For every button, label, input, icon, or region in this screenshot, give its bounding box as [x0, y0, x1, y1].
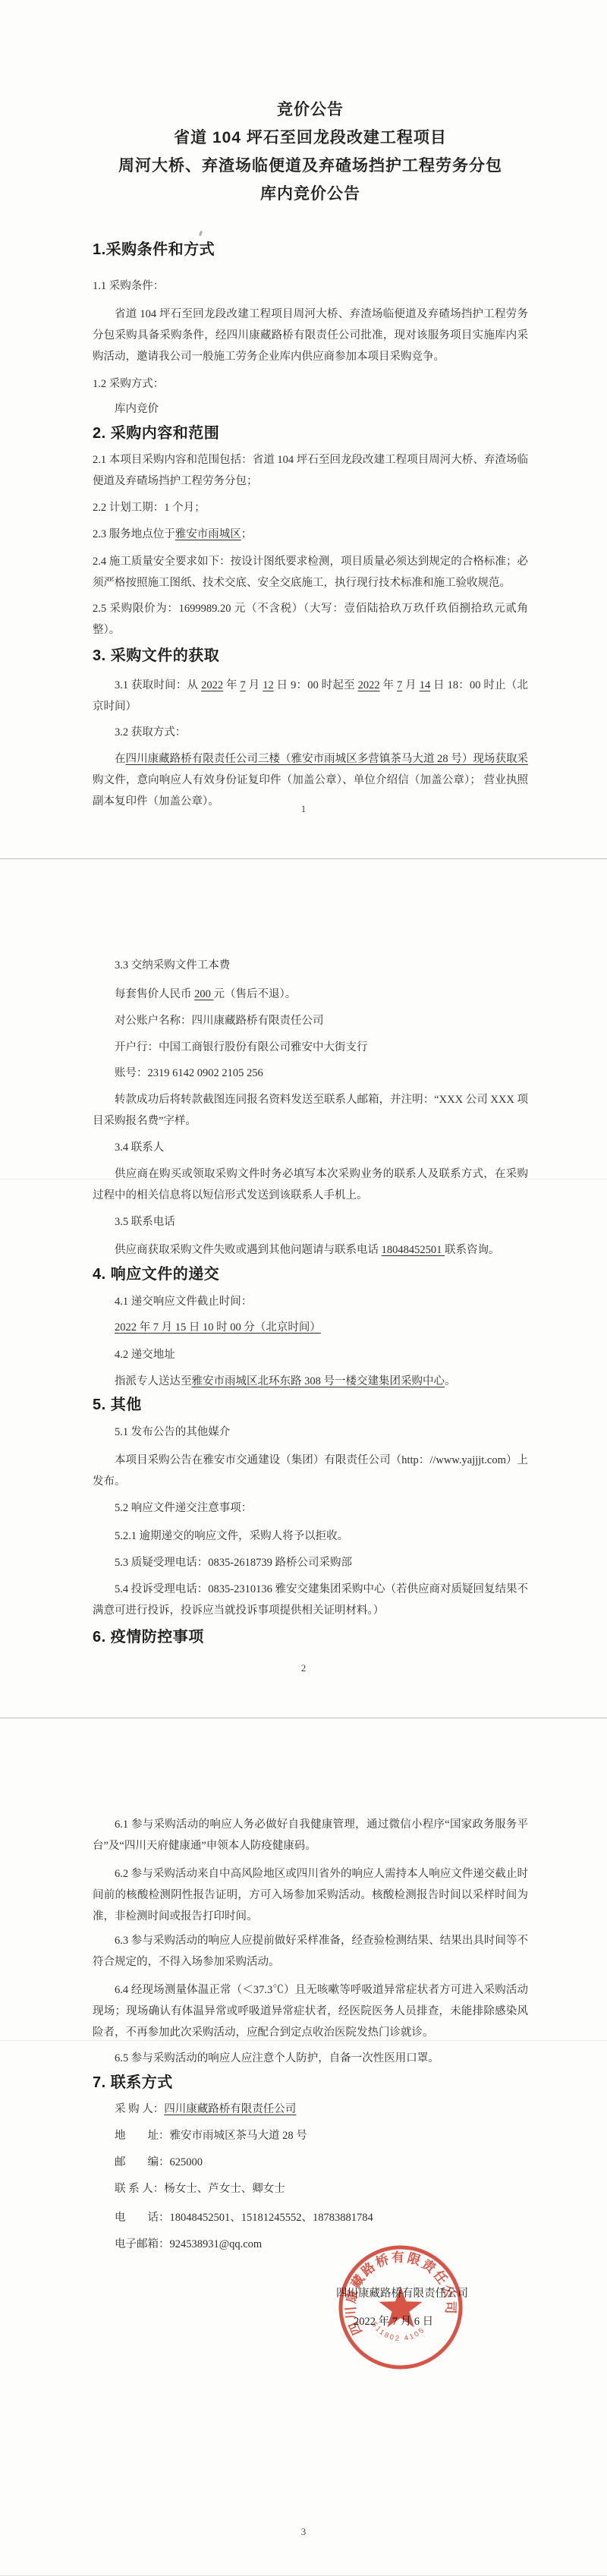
section-heading: 7. 联系方式	[93, 2071, 528, 2094]
doc-paragraph: 3.5 联系电话	[93, 1211, 528, 1233]
underlined-text-run: 雅安市雨城区北环东路 308 号一楼交建集团采购中心	[192, 1375, 445, 1387]
text-run: 3. 采购文件的获取	[93, 647, 219, 664]
scan-crease	[0, 2040, 607, 2041]
text-run: 省道 104 坪石至回龙段改建工程项目	[174, 129, 447, 146]
text-run: 指派专人送达至	[115, 1375, 192, 1387]
text-run: 电子邮箱：924538931@qq.com	[115, 2238, 262, 2250]
text-run: 2.5 采购限价为：1699989.20 元（不含税）（大写：壹佰陆拾玖万玖仟玖…	[93, 603, 528, 636]
doc-paragraph: 6.2 参与采购活动来自中高风险地区或四川省外的响应人需持本人响应文件递交截止时…	[93, 1863, 528, 1927]
text-run: 日 9：00 时起至	[274, 679, 358, 691]
text-run: 5.1 发布公告的其他媒介	[115, 1426, 230, 1438]
doc-paragraph: 5.2.1 逾期递交的响应文件，采购人将予以拒收。	[93, 1526, 528, 1547]
section-heading: 3. 采购文件的获取	[93, 644, 528, 667]
underlined-text-run: 200	[194, 988, 213, 1000]
text-run: 电 话：18048452501、15181245552、18783881784	[115, 2212, 373, 2224]
text-run: 元（售后不退）。	[214, 988, 297, 1000]
text-run: 4.1 递交响应文件截止时间：	[115, 1296, 252, 1308]
doc-paragraph: 6.3 参与采购活动的响应人应提前做好采样准备，经查验检测结果、结果出具时间等不…	[93, 1930, 528, 1973]
text-run: 每套售价人民币	[115, 988, 194, 1000]
text-run: 4.2 递交地址	[115, 1349, 175, 1361]
page-1-content: 竞价公告省道 104 坪石至回龙段改建工程项目周河大桥、弃渣场临便道及弃碴场挡护…	[0, 96, 607, 812]
doc-paragraph: 6.5 参与采购活动的响应人应注意个人防护，自备一次性医用口罩。	[93, 2048, 528, 2069]
page-number-1: 1	[0, 803, 607, 815]
text-run: 月	[246, 679, 263, 691]
doc-paragraph: 2.3 服务地点位于雅安市雨城区；	[93, 524, 528, 545]
text-run: 1.2 采购方式：	[93, 378, 164, 390]
doc-paragraph: 采 购 人：四川康藏路桥有限责任公司	[93, 2099, 528, 2120]
doc-paragraph: 指派专人送达至雅安市雨城区北环东路 308 号一楼交建集团采购中心。	[93, 1371, 528, 1392]
text-run: 6.5 参与采购活动的响应人应注意个人防护，自备一次性医用口罩。	[115, 2052, 439, 2064]
page-number-3: 3	[0, 2526, 607, 2538]
doc-paragraph: 转款成功后将转款截图连同报名资料发送至联系人邮箱，并注明：“XXX 公司 XXX…	[93, 1089, 528, 1132]
doc-paragraph: 省道 104 坪石至回龙段改建工程项目周河大桥、弃渣场临便道及弃碴场挡护工程劳务…	[93, 304, 528, 367]
text-run: 5.3 质疑受理电话：0835-2618739 路桥公司采购部	[115, 1557, 352, 1569]
doc-paragraph: 2.2 计划工期：1 个月；	[93, 497, 528, 518]
svg-text:511802 4105: 511802 4105	[370, 2321, 426, 2344]
text-run: 6.1 参与采购活动的响应人务必做好自我健康管理，通过微信小程序“国家政务服务平…	[93, 1819, 528, 1852]
underlined-text-run: 四川康藏路桥有限责任公司三楼（雅安市雨城区多营镇茶马大道 28 号）现场获取采	[126, 753, 528, 765]
text-run: 6.3 参与采购活动的响应人应提前做好采样准备，经查验检测结果、结果出具时间等不…	[93, 1935, 528, 1968]
scan-crease	[0, 1179, 607, 1179]
doc-paragraph: 2.5 采购限价为：1699989.20 元（不含税）（大写：壹佰陆拾玖万玖仟玖…	[93, 598, 528, 641]
text-run: 6.4 经现场测量体温正常（＜37.3℃）且无咳嗽等呼吸道异常症状者方可进入采购…	[93, 1984, 528, 2039]
doc-paragraph: 2022 年 7 月 15 日 10 时 00 分（北京时间）	[93, 1317, 528, 1338]
doc-paragraph: 5.2 响应文件递交注意事项：	[93, 1497, 528, 1519]
text-run: 2.4 施工质量安全要求如下：按设计图纸要求检测，项目质量必须达到规定的合格标准…	[93, 556, 528, 589]
text-run: 省道 104 坪石至回龙段改建工程项目周河大桥、弃渣场临便道及弃碴场挡护工程劳务…	[93, 308, 528, 363]
doc-paragraph: 5.1 发布公告的其他媒介	[93, 1422, 528, 1443]
doc-paragraph: 2.4 施工质量安全要求如下：按设计图纸要求检测，项目质量必须达到规定的合格标准…	[93, 551, 528, 594]
doc-paragraph: 1.1 采购条件：	[93, 276, 528, 297]
text-run: 。	[445, 1375, 456, 1387]
text-run: 5.2 响应文件递交注意事项：	[115, 1502, 252, 1514]
doc-title-line: 省道 104 坪石至回龙段改建工程项目	[93, 124, 528, 152]
page-2: 3.3 交纳采购文件工本费每套售价人民币 200 元（售后不退）。对公账户名称：…	[0, 859, 607, 1718]
page-number-2: 2	[0, 1662, 607, 1674]
doc-paragraph: 2.1 本项目采购内容和范围包括：省道 104 坪石至回龙段改建工程项目周河大桥…	[93, 449, 528, 492]
text-run: 采 购 人：	[115, 2103, 164, 2115]
text-run: 库内竞价	[115, 403, 159, 415]
text-run: 供应商在购买或领取采购文件时务必填写本次采购业务的联系人及联系方式，在采购过程中…	[93, 1168, 528, 1201]
text-run: 地 址：雅安市雨城区茶马大道 28 号	[115, 2130, 307, 2142]
underlined-text-run: 2022	[201, 679, 223, 691]
text-run: 邮 编：625000	[115, 2156, 203, 2168]
text-run: 3.5 联系电话	[115, 1216, 175, 1228]
text-run: 5. 其他	[93, 1397, 142, 1413]
underlined-text-run: 14	[420, 679, 431, 691]
text-run: 7. 联系方式	[93, 2074, 173, 2091]
doc-paragraph: 开户行：中国工商银行股份有限公司雅安中大街支行	[93, 1037, 528, 1058]
text-run: ；	[241, 528, 253, 540]
doc-paragraph: 电 话：18048452501、15181245552、18783881784	[93, 2207, 528, 2228]
text-run: 3.1 获取时间：从	[115, 679, 201, 691]
page-2-content: 3.3 交纳采购文件工本费每套售价人民币 200 元（售后不退）。对公账户名称：…	[0, 955, 607, 1649]
text-run: 3.3 交纳采购文件工本费	[115, 959, 230, 972]
underlined-text-run: 18048452501	[382, 1244, 445, 1256]
text-run: 账号：2319 6142 0902 2105 256	[115, 1067, 263, 1079]
doc-paragraph: 3.3 交纳采购文件工本费	[93, 955, 528, 976]
text-run: 2.2 计划工期：1 个月；	[93, 502, 206, 514]
scanned-document: 竞价公告省道 104 坪石至回龙段改建工程项目周河大桥、弃渣场临便道及弃碴场挡护…	[0, 0, 607, 2576]
section-heading: 5. 其他	[93, 1393, 528, 1416]
page-3-content: 6.1 参与采购活动的响应人务必做好自我健康管理，通过微信小程序“国家政务服务平…	[0, 1814, 607, 2255]
text-run: 2.3 服务地点位于	[93, 528, 175, 540]
text-run: 6. 疫情防控事项	[93, 1629, 204, 1645]
doc-paragraph: 6.4 经现场测量体温正常（＜37.3℃）且无咳嗽等呼吸道异常症状者方可进入采购…	[93, 1979, 528, 2043]
doc-title-line: 周河大桥、弃渣场临便道及弃碴场挡护工程劳务分包	[93, 152, 528, 180]
text-run: 供应商获取采购文件失败或遇到其他问题请与联系电话	[115, 1244, 382, 1256]
underlined-text-run: 2022 年 7 月 15 日 10 时 00 分（北京时间）	[115, 1321, 321, 1334]
doc-paragraph: 对公账户名称：四川康藏路桥有限责任公司	[93, 1010, 528, 1031]
text-run: 竞价公告	[277, 101, 344, 118]
doc-paragraph: 本项目采购公告在雅安市交通建设（集团）有限责任公司（http：//www.yaj…	[93, 1450, 528, 1492]
text-run: 开户行：中国工商银行股份有限公司雅安中大街支行	[115, 1041, 368, 1053]
section-heading: 6. 疫情防控事项	[93, 1626, 528, 1649]
text-run: 2.1 本项目采购内容和范围包括：省道 104 坪石至回龙段改建工程项目周河大桥…	[93, 454, 528, 487]
section-heading: 1.采购条件和方式	[93, 238, 528, 261]
underlined-text-run: 雅安市雨城区	[175, 528, 241, 540]
doc-paragraph: 3.2 获取方式：	[93, 722, 528, 743]
text-run: 3.4 联系人	[115, 1142, 164, 1154]
text-run: 5.4 投诉受理电话：0835-2310136 雅安交建集团采购中心（若供应商对…	[93, 1583, 528, 1617]
text-run: 周河大桥、弃渣场临便道及弃碴场挡护工程劳务分包	[118, 157, 502, 175]
text-run: 1.采购条件和方式	[93, 241, 215, 258]
text-run: 转款成功后将转款截图连同报名资料发送至联系人邮箱，并注明：“XXX 公司 XXX…	[93, 1094, 528, 1127]
underlined-text-run: 7	[241, 679, 246, 691]
text-run: 对公账户名称：四川康藏路桥有限责任公司	[115, 1015, 324, 1027]
text-run: 月	[402, 679, 419, 691]
text-run: 年	[380, 679, 397, 691]
doc-paragraph: 供应商获取采购文件失败或遇到其他问题请与联系电话 18048452501 联系咨…	[93, 1239, 528, 1261]
underlined-text-run: 12	[263, 679, 274, 691]
text-run: 1.1 采购条件：	[93, 280, 164, 292]
underlined-text-run: 四川康藏路桥有限责任公司	[164, 2103, 296, 2115]
doc-paragraph: 3.4 联系人	[93, 1137, 528, 1158]
doc-paragraph: 4.1 递交响应文件截止时间：	[93, 1291, 528, 1312]
doc-paragraph: 5.4 投诉受理电话：0835-2310136 雅安交建集团采购中心（若供应商对…	[93, 1579, 528, 1621]
text-run: 年	[223, 679, 240, 691]
page-1: 竞价公告省道 104 坪石至回龙段改建工程项目周河大桥、弃渣场临便道及弃碴场挡护…	[0, 0, 607, 859]
doc-paragraph: 邮 编：625000	[93, 2152, 528, 2173]
doc-paragraph: 供应商在购买或领取采购文件时务必填写本次采购业务的联系人及联系方式，在采购过程中…	[93, 1164, 528, 1206]
doc-paragraph: 1.2 采购方式：	[93, 373, 528, 395]
doc-title-line: 库内竞价公告	[93, 180, 528, 208]
seal-code-text: 511802 4105	[370, 2321, 426, 2344]
text-run: 2. 采购内容和范围	[93, 425, 219, 442]
text-run: 联系咨询。	[445, 1244, 500, 1256]
underlined-text-run: 2022	[358, 679, 380, 691]
text-run: 本项目采购公告在雅安市交通建设（集团）有限责任公司（http：//www.yaj…	[93, 1454, 528, 1488]
text-run: 3.2 获取方式：	[115, 726, 186, 738]
text-run: 库内竞价公告	[260, 185, 360, 203]
doc-paragraph: 账号：2319 6142 0902 2105 256	[93, 1063, 528, 1084]
seal-star-icon	[379, 2286, 423, 2327]
doc-paragraph: 6.1 参与采购活动的响应人务必做好自我健康管理，通过微信小程序“国家政务服务平…	[93, 1814, 528, 1856]
doc-paragraph: 5.3 质疑受理电话：0835-2618739 路桥公司采购部	[93, 1552, 528, 1573]
doc-paragraph: 地 址：雅安市雨城区茶马大道 28 号	[93, 2125, 528, 2146]
text-run: 6.2 参与采购活动来自中高风险地区或四川省外的响应人需持本人响应文件递交截止时…	[93, 1868, 528, 1923]
text-run: 4. 响应文件的递交	[93, 1266, 219, 1283]
text-run: 联 系 人：杨女士、芦女士、卿女士	[115, 2183, 285, 2195]
doc-paragraph: 联 系 人：杨女士、芦女士、卿女士	[93, 2178, 528, 2200]
page-3: 6.1 参与采购活动的响应人务必做好自我健康管理，通过微信小程序“国家政务服务平…	[0, 1718, 607, 2576]
doc-paragraph: 3.1 获取时间：从 2022 年 7 月 12 日 9：00 时起至 2022…	[93, 675, 528, 717]
text-run: 在	[115, 753, 126, 765]
section-heading: 4. 响应文件的递交	[93, 1263, 528, 1286]
doc-paragraph: 库内竞价	[93, 398, 528, 420]
company-seal-icon: 四川康藏路桥有限责任公司 511802 4105	[329, 2235, 473, 2379]
section-heading: 2. 采购内容和范围	[93, 422, 528, 445]
text-run: 5.2.1 逾期递交的响应文件，采购人将予以拒收。	[115, 1530, 348, 1542]
doc-paragraph: 4.2 递交地址	[93, 1344, 528, 1365]
doc-paragraph: 每套售价人民币 200 元（售后不退）。	[93, 984, 528, 1005]
doc-title-line: 竞价公告	[93, 96, 528, 124]
